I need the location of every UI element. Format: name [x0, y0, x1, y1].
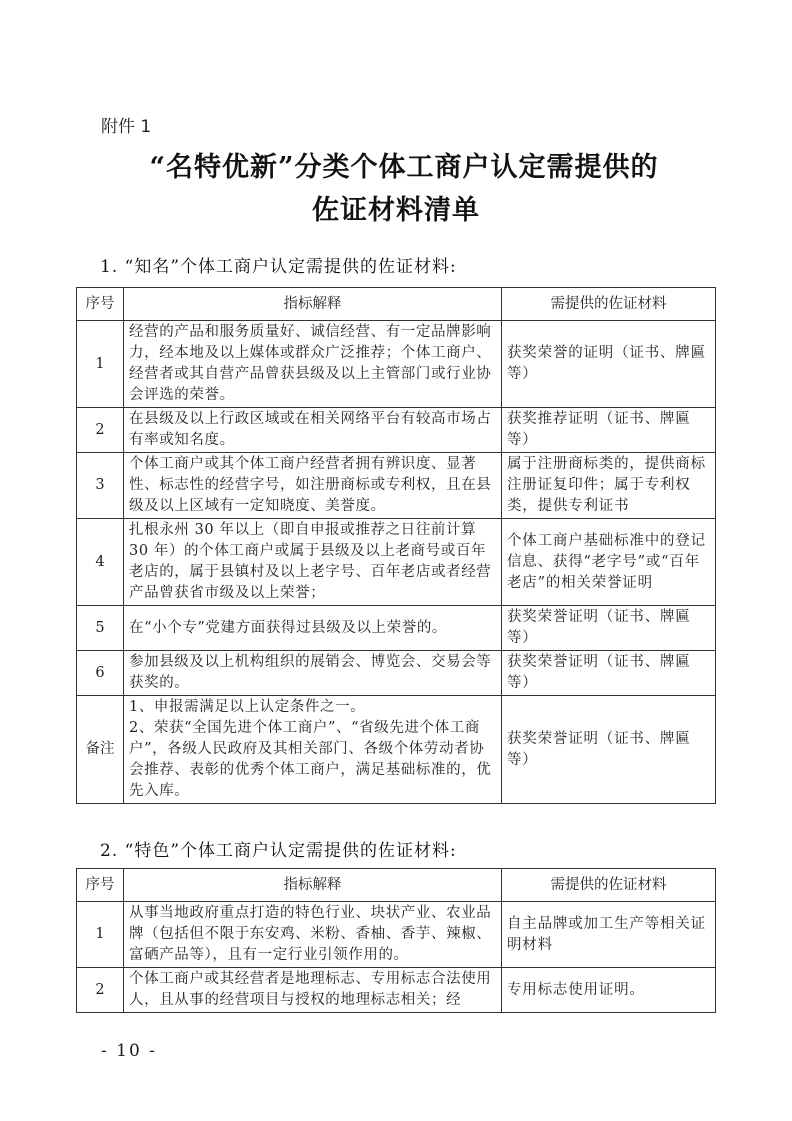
table-row: 4 扎根永州 30 年以上（即自申报或推荐之日往前计算 30 年）的个体工商户或… [77, 519, 716, 606]
notes-materials: 获奖荣誉证明（证书、牌匾等） [502, 696, 716, 804]
row-description: 在县级及以上行政区域或在相关网络平台有较高市场占有率或知名度。 [124, 408, 502, 453]
row-description: 在“小个专”党建方面获得过县级及以上荣誉的。 [124, 606, 502, 651]
row-materials: 自主品牌或加工生产等相关证明材料 [502, 902, 716, 968]
row-index: 5 [77, 606, 124, 651]
header-description: 指标解释 [124, 288, 502, 321]
header-index: 序号 [77, 869, 124, 902]
row-description: 参加县级及以上机构组织的展销会、博览会、交易会等获奖的。 [124, 651, 502, 696]
row-materials: 获奖荣誉证明（证书、牌匾等） [502, 606, 716, 651]
row-index: 4 [77, 519, 124, 606]
table-row: 6 参加县级及以上机构组织的展销会、博览会、交易会等获奖的。 获奖荣誉证明（证书… [77, 651, 716, 696]
row-materials: 获奖荣誉的证明（证书、牌匾等） [502, 321, 716, 408]
table-header-row: 序号 指标解释 需提供的佐证材料 [77, 869, 716, 902]
attachment-label: 附件 1 [101, 112, 151, 137]
row-materials: 获奖推荐证明（证书、牌匾等） [502, 408, 716, 453]
table-row: 1 经营的产品和服务质量好、诚信经营、有一定品牌影响力，经本地及以上媒体或群众广… [77, 321, 716, 408]
table-row: 1 从事当地政府重点打造的特色行业、块状产业、农业品牌（包括但不限于东安鸡、米粉… [77, 902, 716, 968]
row-description: 个体工商户或其经营者是地理标志、专用标志合法使用人，且从事的经营项目与授权的地理… [124, 968, 502, 1013]
table-row: 2 在县级及以上行政区域或在相关网络平台有较高市场占有率或知名度。 获奖推荐证明… [77, 408, 716, 453]
table-row: 2 个体工商户或其经营者是地理标志、专用标志合法使用人，且从事的经营项目与授权的… [77, 968, 716, 1013]
section2-heading: 2. “特色”个体工商户认定需提供的佐证材料: [100, 836, 457, 861]
row-index: 2 [77, 968, 124, 1013]
table-row: 5 在“小个专”党建方面获得过县级及以上荣誉的。 获奖荣誉证明（证书、牌匾等） [77, 606, 716, 651]
row-materials: 个体工商户基础标准中的登记信息、获得“老字号”或“百年老店”的相关荣誉证明 [502, 519, 716, 606]
note-line-1: 1、申报需满足以上认定条件之一。 [129, 697, 496, 718]
document-title-line2: 佐证材料清单 [0, 188, 792, 227]
row-materials: 属于注册商标类的，提供商标注册证复印件；属于专利权类，提供专利证书 [502, 453, 716, 519]
table-row: 3 个体工商户或其个体工商户经营者拥有辨识度、显著性、标志性的经营字号，如注册商… [77, 453, 716, 519]
header-materials: 需提供的佐证材料 [502, 288, 716, 321]
header-description: 指标解释 [124, 869, 502, 902]
row-index: 2 [77, 408, 124, 453]
header-index: 序号 [77, 288, 124, 321]
row-index: 1 [77, 902, 124, 968]
section1-table: 序号 指标解释 需提供的佐证材料 1 经营的产品和服务质量好、诚信经营、有一定品… [76, 287, 716, 804]
notes-row: 备注 1、申报需满足以上认定条件之一。 2、荣获“全国先进个体工商户”、“省级先… [77, 696, 716, 804]
document-title-line1: “名特优新”分类个体工商户认定需提供的 [8, 145, 792, 184]
table-header-row: 序号 指标解释 需提供的佐证材料 [77, 288, 716, 321]
row-index: 3 [77, 453, 124, 519]
notes-content: 1、申报需满足以上认定条件之一。 2、荣获“全国先进个体工商户”、“省级先进个体… [124, 696, 502, 804]
row-materials: 获奖荣誉证明（证书、牌匾等） [502, 651, 716, 696]
header-materials: 需提供的佐证材料 [502, 869, 716, 902]
row-description: 从事当地政府重点打造的特色行业、块状产业、农业品牌（包括但不限于东安鸡、米粉、香… [124, 902, 502, 968]
page-number: - 10 - [101, 1041, 157, 1061]
note-line-2: 2、荣获“全国先进个体工商户”、“省级先进个体工商户”，各级人民政府及其相关部门… [129, 718, 496, 802]
notes-label: 备注 [77, 696, 124, 804]
row-index: 6 [77, 651, 124, 696]
row-index: 1 [77, 321, 124, 408]
row-description: 扎根永州 30 年以上（即自申报或推荐之日往前计算 30 年）的个体工商户或属于… [124, 519, 502, 606]
row-description: 经营的产品和服务质量好、诚信经营、有一定品牌影响力，经本地及以上媒体或群众广泛推… [124, 321, 502, 408]
section1-heading: 1. “知名”个体工商户认定需提供的佐证材料: [100, 252, 457, 277]
row-description: 个体工商户或其个体工商户经营者拥有辨识度、显著性、标志性的经营字号，如注册商标或… [124, 453, 502, 519]
row-materials: 专用标志使用证明。 [502, 968, 716, 1013]
section2-table: 序号 指标解释 需提供的佐证材料 1 从事当地政府重点打造的特色行业、块状产业、… [76, 868, 716, 1013]
